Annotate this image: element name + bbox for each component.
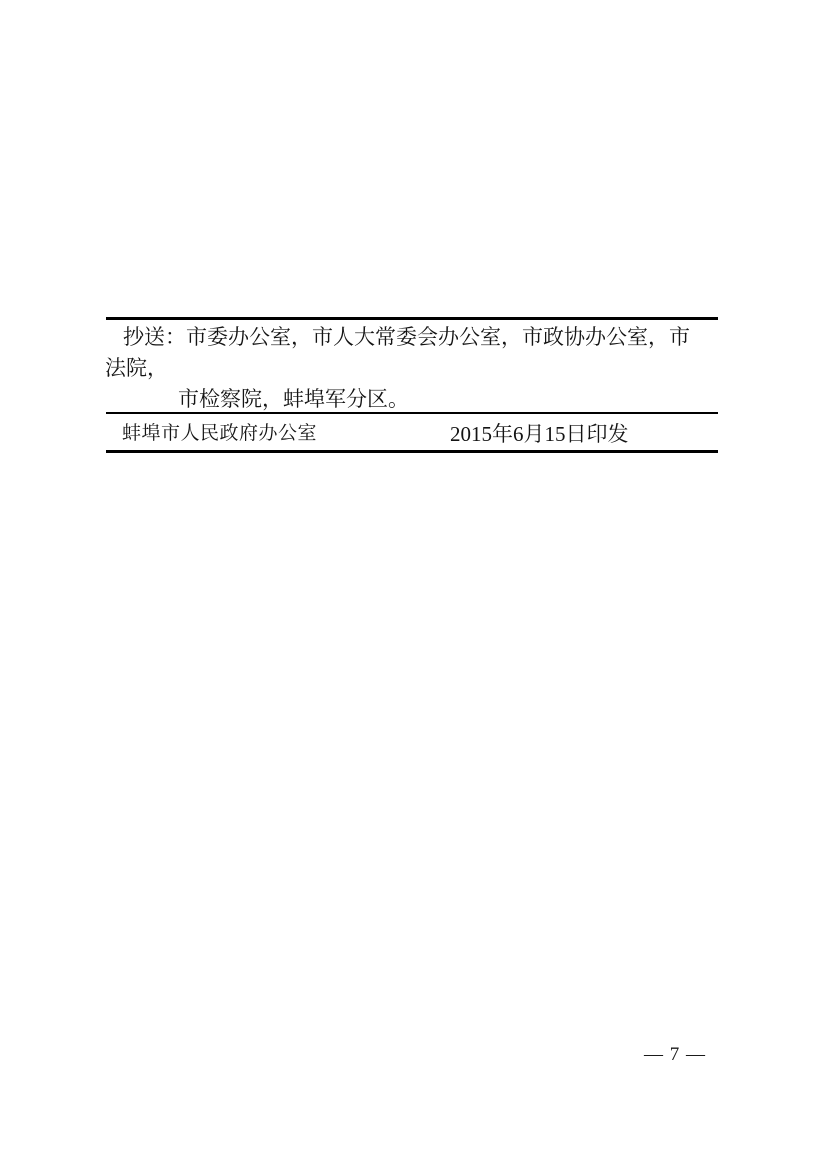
imprint-middle-rule <box>106 412 718 414</box>
document-page: 抄送：市委办公室，市人大常委会办公室，市政协办公室，市 法院， 市检察院，蚌埠军… <box>0 0 827 1169</box>
page-number: — 7 — <box>644 1044 706 1066</box>
imprint-top-rule <box>106 317 718 320</box>
copy-to-line-2: 法院， <box>105 357 168 379</box>
imprint-bottom-rule <box>106 450 718 453</box>
issuing-office: 蚌埠市人民政府办公室 <box>122 423 317 445</box>
copy-to-line-1: 抄送：市委办公室，市人大常委会办公室，市政协办公室，市 <box>123 326 690 348</box>
print-date: 2015年6月15日印发 <box>450 423 629 445</box>
copy-to-line-3: 市检察院，蚌埠军分区。 <box>178 388 409 410</box>
